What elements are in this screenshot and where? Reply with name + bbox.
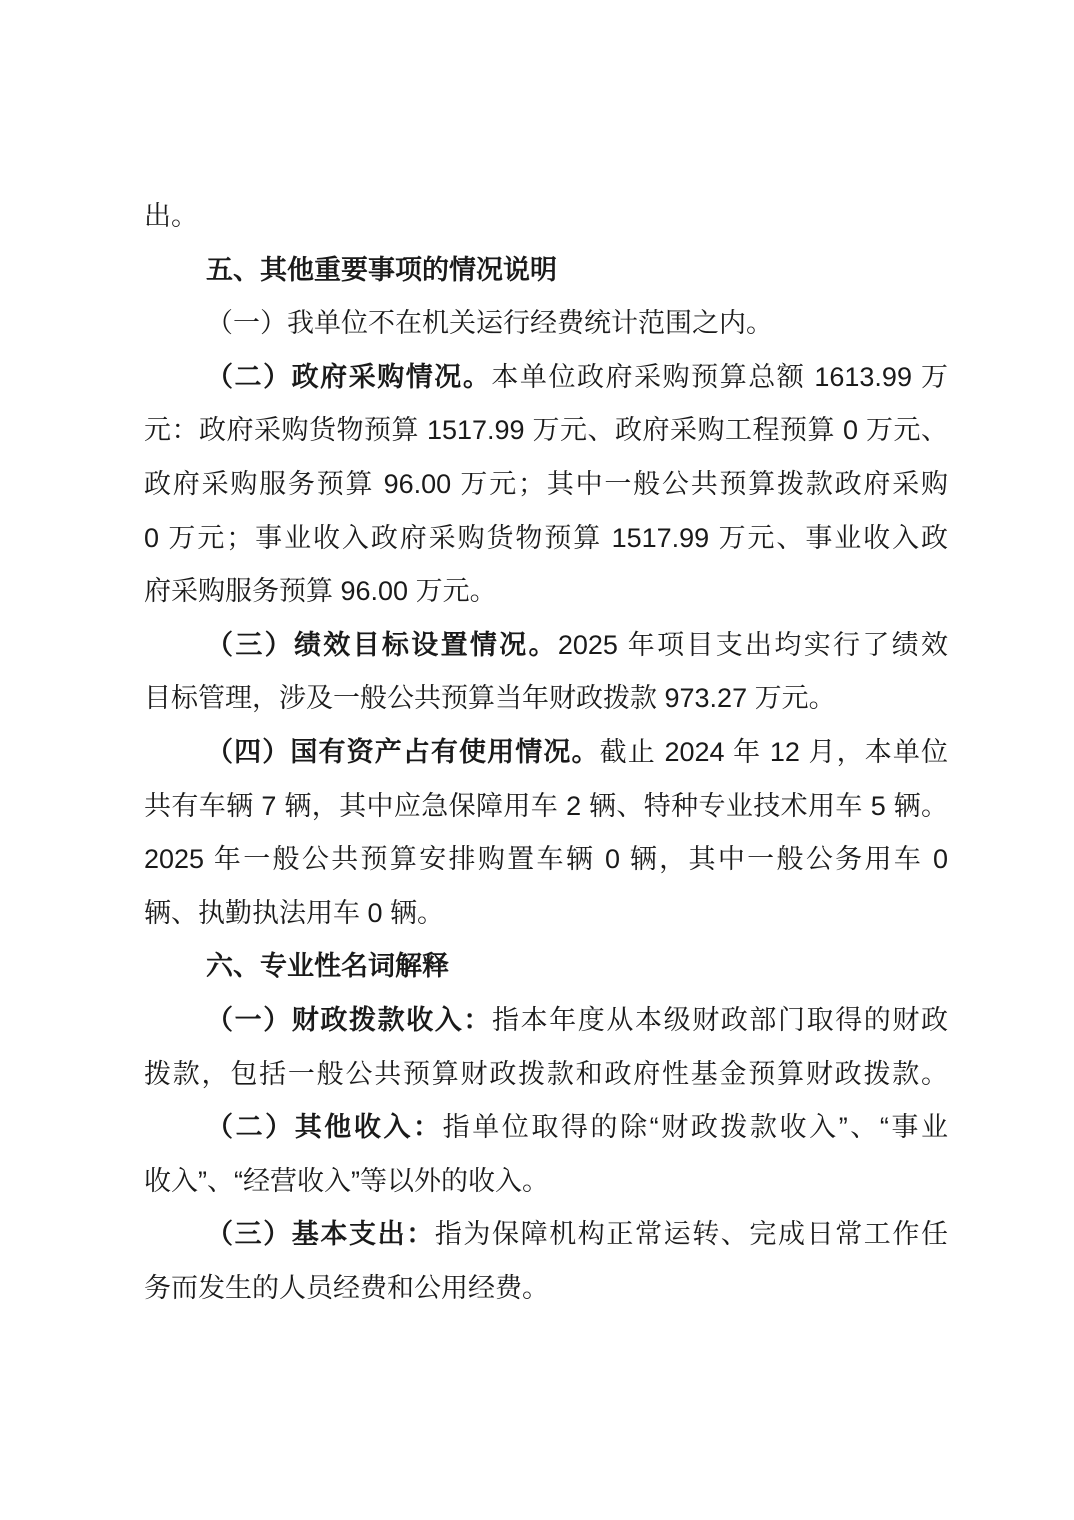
text-run: 拨款，包括一般公共预算财政拨款和政府性基金预算财政拨款。 (144, 1059, 948, 1089)
paragraph-line: （二）其他收入：指单位取得的除“财政拨款收入”、“事业 (144, 1101, 948, 1155)
text-run: （一）我单位不在机关运行经费统计范围之内。 (206, 308, 773, 338)
paragraph-line: 拨款，包括一般公共预算财政拨款和政府性基金预算财政拨款。 (144, 1048, 948, 1102)
text-run: 务而发生的人员经费和公用经费。 (144, 1273, 549, 1303)
bold-term: （四）国有资产占有使用情况。 (206, 737, 600, 767)
text-run: 指单位取得的除“财政拨款收入”、“事业 (443, 1112, 948, 1142)
paragraph-line: 共有车辆 7 辆，其中应急保障用车 2 辆、特种专业技术用车 5 辆。 (144, 780, 948, 834)
paragraph-line: 0 万元；事业收入政府采购货物预算 1517.99 万元、事业收入政 (144, 512, 948, 566)
bold-term: 六、专业性名词解释 (206, 951, 449, 981)
bold-term: （一）财政拨款收入： (206, 1005, 492, 1035)
paragraph-line: （四）国有资产占有使用情况。截止 2024 年 12 月，本单位 (144, 726, 948, 780)
paragraph-line: 元：政府采购货物预算 1517.99 万元、政府采购工程预算 0 万元、 (144, 404, 948, 458)
paragraph-line: 目标管理，涉及一般公共预算当年财政拨款 973.27 万元。 (144, 672, 948, 726)
paragraph-line: 府采购服务预算 96.00 万元。 (144, 565, 948, 619)
paragraph-line: 政府采购服务预算 96.00 万元；其中一般公共预算拨款政府采购 (144, 458, 948, 512)
text-run: 共有车辆 7 辆，其中应急保障用车 2 辆、特种专业技术用车 5 辆。 (144, 791, 948, 821)
document-text-block: 出。五、其他重要事项的情况说明（一）我单位不在机关运行经费统计范围之内。（二）政… (144, 190, 948, 1315)
bold-term: （二）其他收入： (206, 1112, 443, 1142)
bold-term: （三）基本支出： (206, 1219, 435, 1249)
text-run: 2025 年项目支出均实行了绩效 (558, 630, 948, 660)
paragraph-line: （三）基本支出：指为保障机构正常运转、完成日常工作任 (144, 1208, 948, 1262)
paragraph-line: 出。 (144, 190, 948, 244)
document-page: 出。五、其他重要事项的情况说明（一）我单位不在机关运行经费统计范围之内。（二）政… (0, 0, 1074, 1520)
text-run: 政府采购服务预算 96.00 万元；其中一般公共预算拨款政府采购 (144, 469, 948, 499)
text-run: 出。 (144, 201, 198, 231)
paragraph-line: 收入”、“经营收入”等以外的收入。 (144, 1155, 948, 1209)
section-heading: 六、专业性名词解释 (144, 940, 948, 994)
text-run: 府采购服务预算 96.00 万元。 (144, 576, 497, 606)
section-heading: 五、其他重要事项的情况说明 (144, 244, 948, 298)
bold-term: （三）绩效目标设置情况。 (206, 630, 558, 660)
paragraph-line: 务而发生的人员经费和公用经费。 (144, 1262, 948, 1316)
text-run: 指本年度从本级财政部门取得的财政 (492, 1005, 948, 1035)
paragraph-line: （一）我单位不在机关运行经费统计范围之内。 (144, 297, 948, 351)
text-run: 指为保障机构正常运转、完成日常工作任 (435, 1219, 948, 1249)
paragraph-line: （一）财政拨款收入：指本年度从本级财政部门取得的财政 (144, 994, 948, 1048)
text-run: 截止 2024 年 12 月，本单位 (600, 737, 948, 767)
text-run: 辆、执勤执法用车 0 辆。 (144, 898, 444, 928)
paragraph-line: 辆、执勤执法用车 0 辆。 (144, 887, 948, 941)
paragraph-line: （三）绩效目标设置情况。2025 年项目支出均实行了绩效 (144, 619, 948, 673)
text-run: 本单位政府采购预算总额 1613.99 万 (491, 362, 948, 392)
text-run: 目标管理，涉及一般公共预算当年财政拨款 973.27 万元。 (144, 683, 836, 713)
paragraph-line: 2025 年一般公共预算安排购置车辆 0 辆，其中一般公务用车 0 (144, 833, 948, 887)
text-run: 收入”、“经营收入”等以外的收入。 (144, 1166, 549, 1196)
text-run: 2025 年一般公共预算安排购置车辆 0 辆，其中一般公务用车 0 (144, 844, 948, 874)
bold-term: （二）政府采购情况。 (206, 362, 491, 392)
text-run: 元：政府采购货物预算 1517.99 万元、政府采购工程预算 0 万元、 (144, 415, 948, 445)
text-run: 0 万元；事业收入政府采购货物预算 1517.99 万元、事业收入政 (144, 523, 948, 553)
bold-term: 五、其他重要事项的情况说明 (206, 255, 557, 285)
paragraph-line: （二）政府采购情况。本单位政府采购预算总额 1613.99 万 (144, 351, 948, 405)
